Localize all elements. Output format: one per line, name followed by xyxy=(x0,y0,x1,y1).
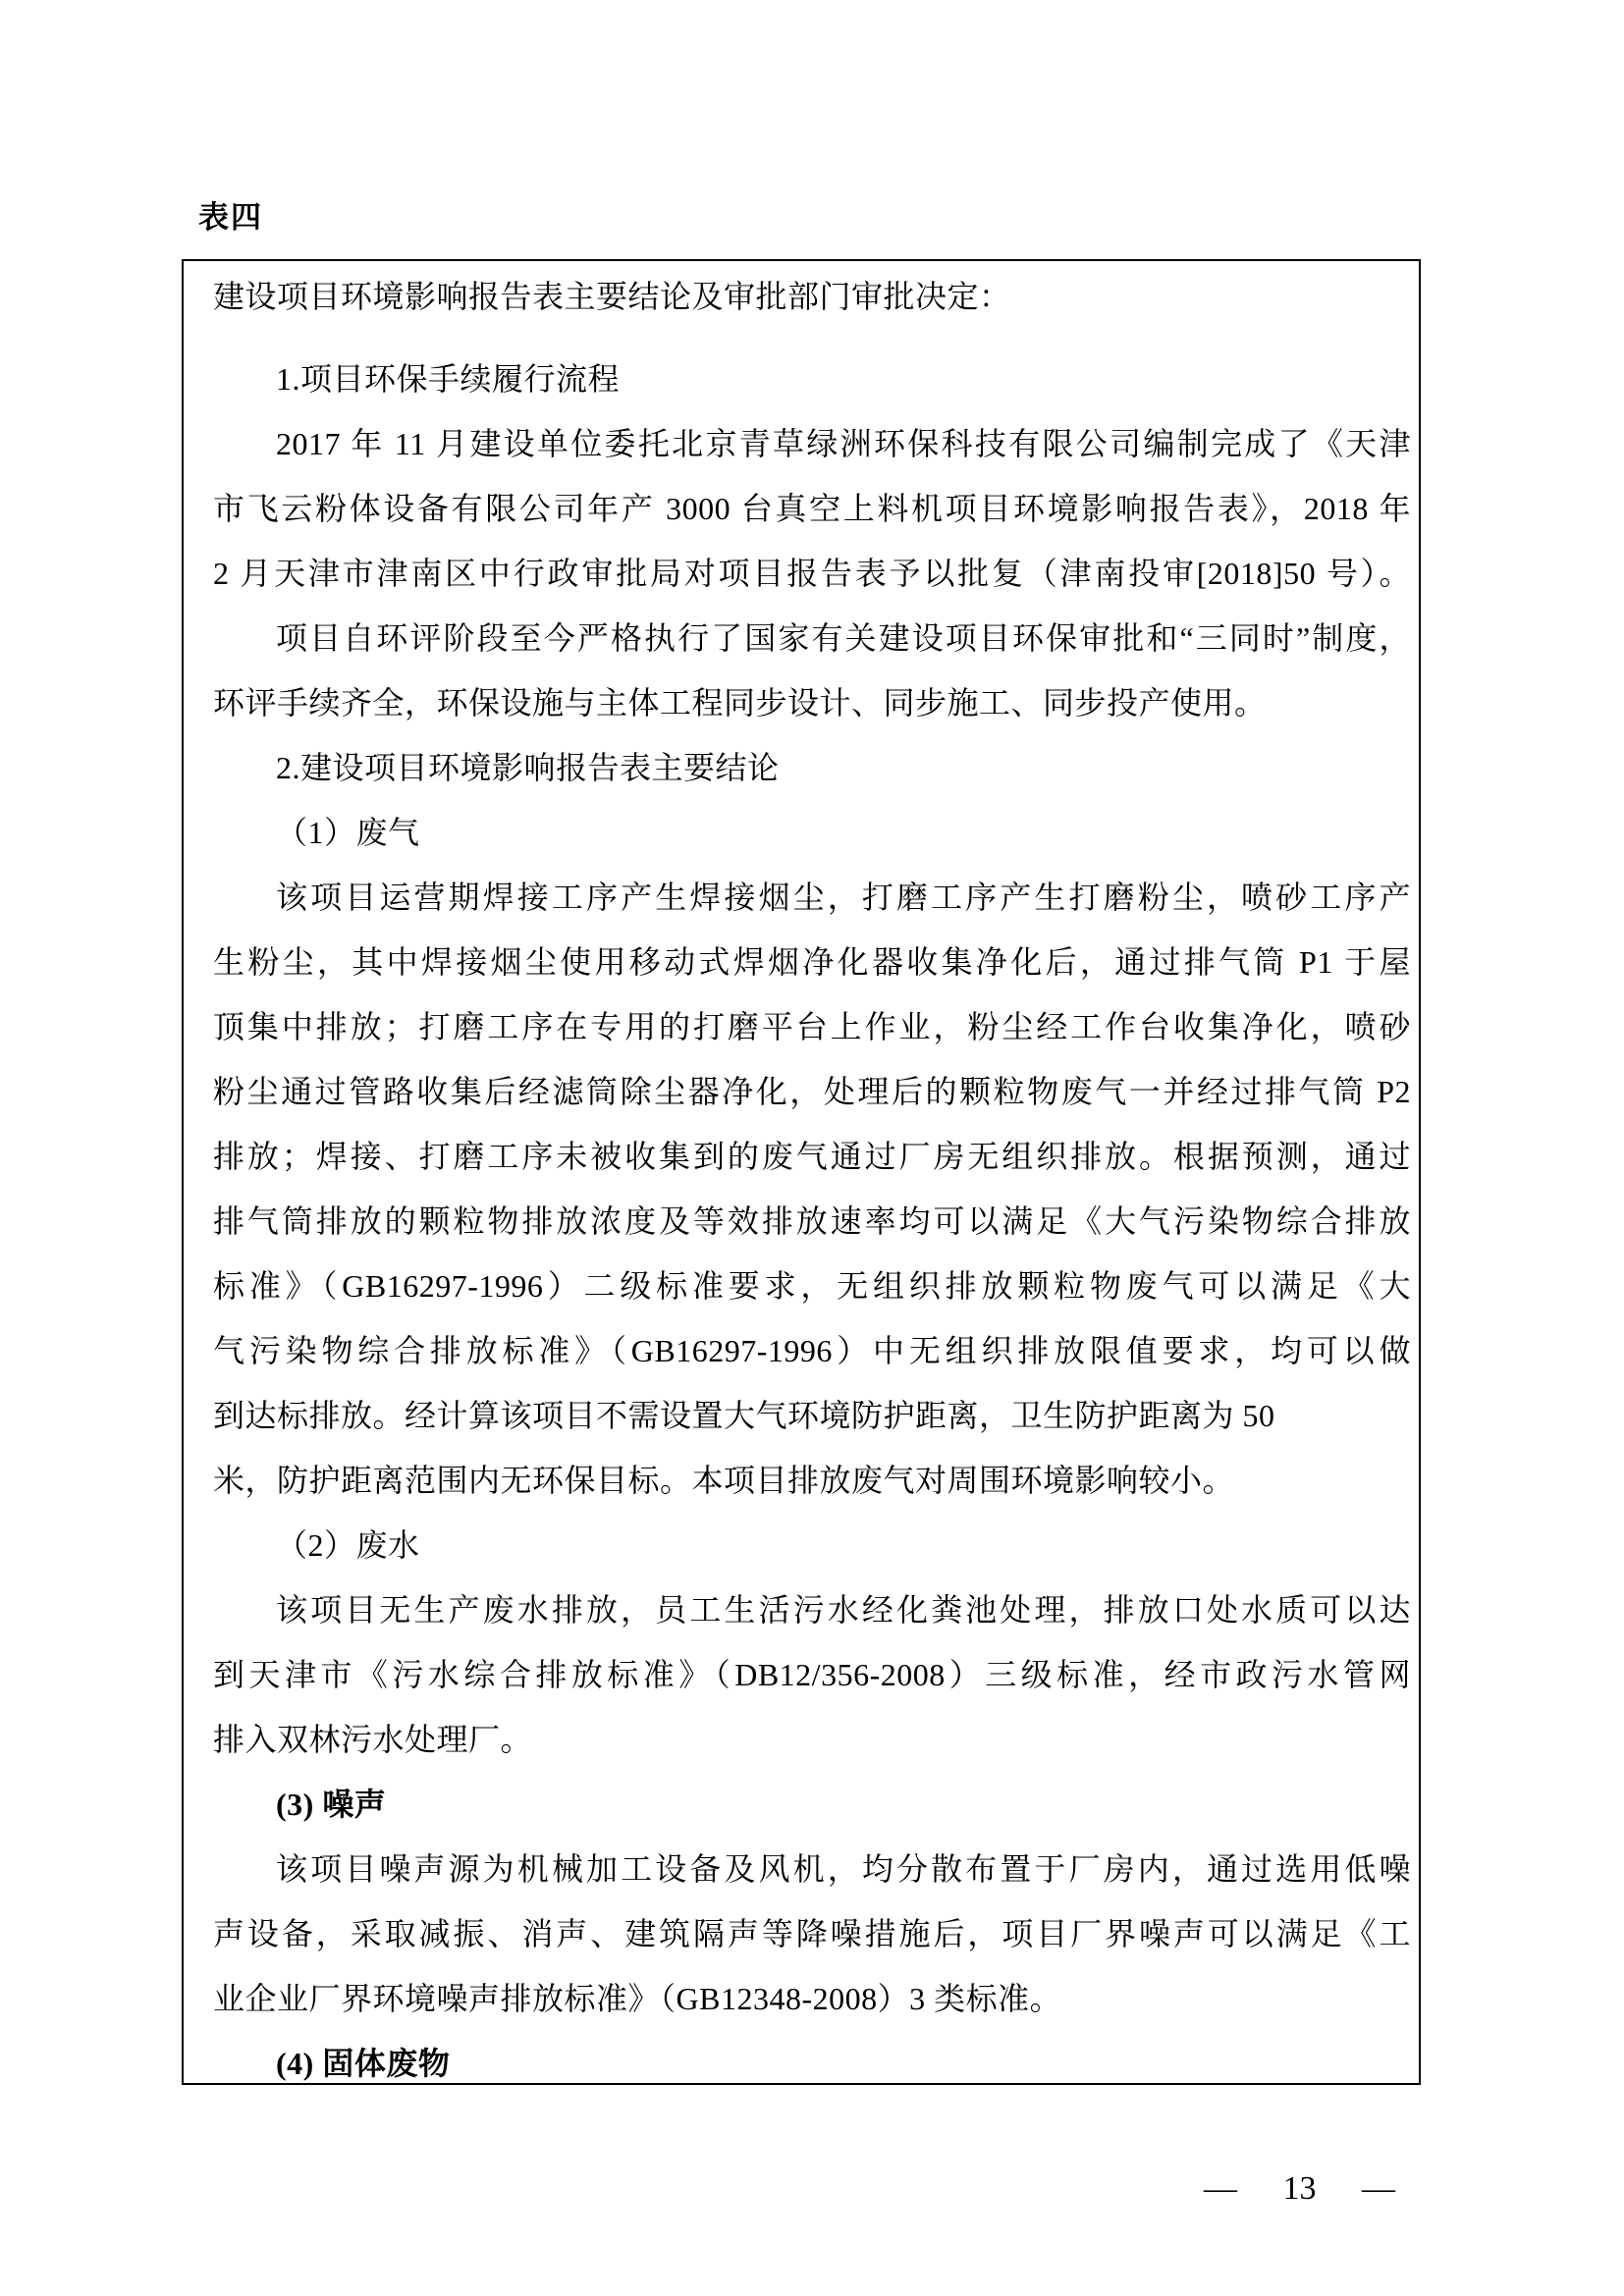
doc-line: 米，防护距离范围内无环保目标。本项目排放废气对周围环境影响较小。 xyxy=(213,1448,1411,1513)
doc-line: 项目自环评阶段至今严格执行了国家有关建设项目环保审批和“三同时”制度， xyxy=(213,606,1411,670)
doc-line: 排入双林污水处理厂。 xyxy=(213,1707,1411,1772)
doc-line: 气污染物综合排放标准》（GB16297-1996）中无组织排放限值要求，均可以做 xyxy=(213,1318,1411,1383)
doc-line: 2 月天津市津南区中行政审批局对项目报告表予以批复（津南投审[2018]50 号… xyxy=(213,541,1411,606)
doc-line: 市飞云粉体设备有限公司年产 3000 台真空上料机项目环境影响报告表》，2018… xyxy=(213,476,1411,541)
report-conclusion-box: 建设项目环境影响报告表主要结论及审批部门审批决定： 1.项目环保手续履行流程 2… xyxy=(182,259,1421,2085)
doc-line: 标准》（GB16297-1996）二级标准要求，无组织排放颗粒物废气可以满足《大 xyxy=(213,1254,1411,1318)
doc-line: 粉尘通过管路收集后经滤筒除尘器净化，处理后的颗粒物废气一并经过排气筒 P2 xyxy=(213,1059,1411,1124)
doc-line: 该项目无生产废水排放，员工生活污水经化粪池处理，排放口处水质可以达 xyxy=(213,1577,1411,1642)
doc-line: 环评手续齐全，环保设施与主体工程同步设计、同步施工、同步投产使用。 xyxy=(213,670,1411,735)
footer-dash-right: — xyxy=(1362,2170,1395,2207)
doc-line: 排气筒排放的颗粒物排放浓度及等效排放速率均可以满足《大气污染物综合排放 xyxy=(213,1189,1411,1254)
doc-line: 到达标排放。经计算该项目不需设置大气环境防护距离，卫生防护距离为 50 xyxy=(213,1383,1411,1448)
table-label: 表四 xyxy=(198,192,263,237)
box-header-line: 建设项目环境影响报告表主要结论及审批部门审批决定： xyxy=(213,264,1411,329)
page-number: 13 xyxy=(1283,2170,1317,2207)
doc-line: 到天津市《污水综合排放标准》（DB12/356-2008）三级标准，经市政污水管… xyxy=(213,1642,1411,1707)
subheading-waste-water: （2）废水 xyxy=(213,1513,1411,1577)
document-page: 表四 建设项目环境影响报告表主要结论及审批部门审批决定： 1.项目环保手续履行流… xyxy=(0,0,1624,2296)
doc-line: 排放；焊接、打磨工序未被收集到的废气通过厂房无组织排放。根据预测，通过 xyxy=(213,1124,1411,1189)
footer-dash-left: — xyxy=(1204,2170,1237,2207)
doc-line: 该项目噪声源为机械加工设备及风机，均分散布置于厂房内，通过选用低噪 xyxy=(213,1837,1411,1901)
subheading-solid-waste: (4) 固体废物 xyxy=(213,2031,1411,2096)
doc-line: 业企业厂界环境噪声排放标准》（GB12348-2008）3 类标准。 xyxy=(213,1966,1411,2031)
doc-line: 该项目运营期焊接工序产生焊接烟尘，打磨工序产生打磨粉尘，喷砂工序产 xyxy=(213,865,1411,930)
doc-line: 2017 年 11 月建设单位委托北京青草绿洲环保科技有限公司编制完成了《天津 xyxy=(213,411,1411,476)
subheading-waste-gas: （1）废气 xyxy=(213,800,1411,865)
heading-procedures: 1.项目环保手续履行流程 xyxy=(213,347,1411,411)
doc-line: 声设备，采取减振、消声、建筑隔声等降噪措施后，项目厂界噪声可以满足《工 xyxy=(213,1901,1411,1966)
subheading-noise: (3) 噪声 xyxy=(213,1772,1411,1837)
doc-line: 生粉尘，其中焊接烟尘使用移动式焊烟净化器收集净化后，通过排气筒 P1 于屋 xyxy=(213,930,1411,994)
page-footer: — 13 — xyxy=(1204,2169,1395,2209)
doc-line: 顶集中排放；打磨工序在专用的打磨平台上作业，粉尘经工作台收集净化，喷砂 xyxy=(213,994,1411,1059)
heading-conclusions: 2.建设项目环境影响报告表主要结论 xyxy=(213,735,1411,800)
